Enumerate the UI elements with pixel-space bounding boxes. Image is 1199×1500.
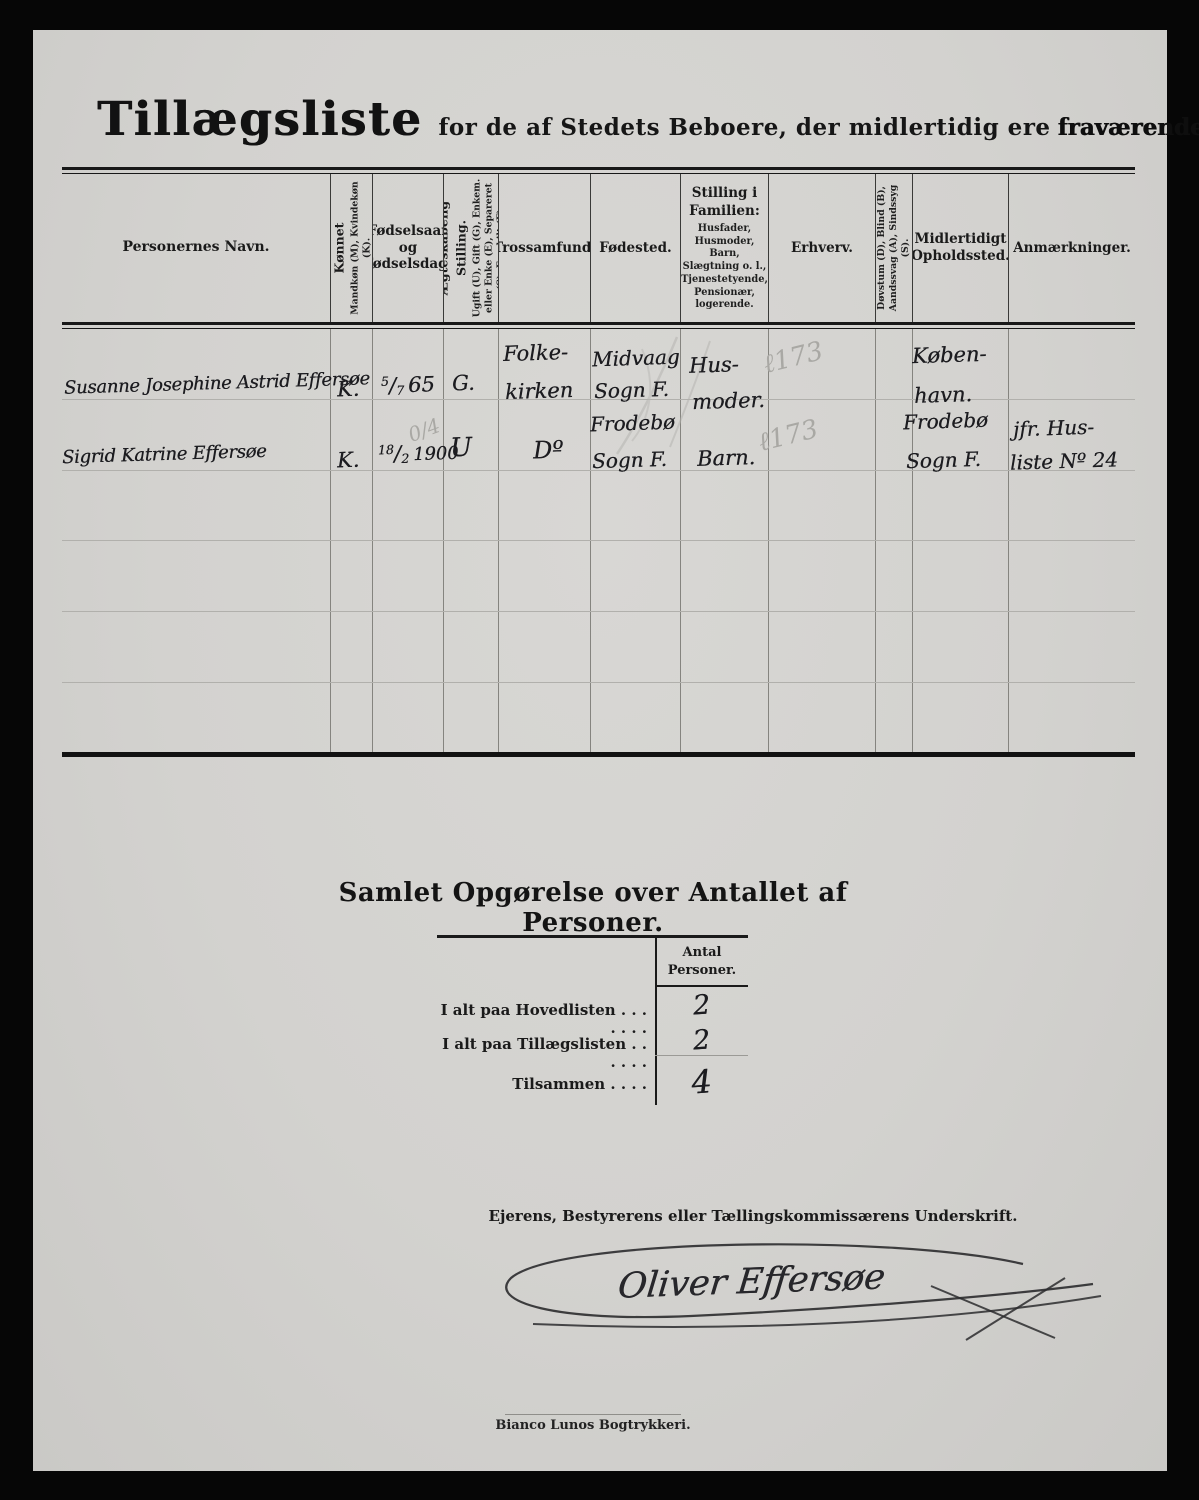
column-header-family-position: Stilling i Familien: Husfader, Husmoder,…	[680, 174, 768, 322]
summary-value-tilsammen: 4	[654, 1060, 749, 1104]
grid-hline	[62, 682, 1135, 683]
table-body: Susanne Josephine Astrid Effersøe K. 5/7…	[62, 329, 1135, 752]
cell-marital-row1: G.	[452, 373, 475, 395]
column-header-sex-sublabel: Mandkøn (M), Kvindekøn (K).	[349, 177, 372, 319]
column-header-family-position-block: Stilling i Familien: Husfader, Husmoder,…	[680, 184, 768, 312]
cell-occupation-row2-pencil: ℓ173	[755, 414, 821, 458]
column-header-marital-rotated: Ægteskabelig Stilling. Ugift (U), Gift (…	[443, 177, 498, 319]
column-header-sex: Kønnet Mandkøn (M), Kvindekøn (K).	[330, 174, 372, 322]
grid-hline	[62, 540, 1135, 541]
document-title-row: Tillægslistefor de af Stedets Beboere, d…	[97, 92, 1147, 147]
column-header-religion-label: Trossamfund.	[498, 240, 590, 257]
signature-area: Oliver Effersøe	[463, 1228, 1103, 1346]
page-subtitle-emphasis: fraværende.	[1058, 114, 1199, 141]
cell-birthplace-row1-line1: Midvaag	[592, 347, 680, 370]
column-header-disabilities-rotated: Døvstum (D), Blind (B), Aandssvag (A), S…	[876, 177, 912, 319]
column-header-occupation-label: Erhverv.	[791, 240, 853, 257]
cell-occupation-row1-pencil: ℓ173	[760, 336, 826, 380]
column-header-name-label: Personernes Navn.	[122, 239, 269, 257]
column-header-family-position-label: Stilling i Familien:	[689, 185, 760, 219]
cell-name-row1: Susanne Josephine Astrid Effersøe	[64, 370, 370, 398]
column-header-marital-sublabel: Ugift (U), Gift (G), Enkem. eller Enke (…	[471, 177, 498, 319]
signature-label: Ejerens, Bestyrerens eller Tællingskommi…	[413, 1207, 1093, 1225]
printer-imprint: Bianco Lunos Bogtrykkeri.	[470, 1418, 716, 1433]
column-header-birthdate-label: Fødselsaar og Fødselsdag.	[372, 223, 443, 274]
cell-residence-row2-line1: Frodebø	[903, 410, 989, 433]
cell-birthplace-row2-line1: Frodebø	[590, 412, 676, 435]
summary-table: Antal Personer. I alt paa Hovedlisten . …	[437, 935, 748, 1107]
column-header-occupation: Erhverv.	[768, 174, 875, 322]
column-header-sex-label: Kønnet	[331, 223, 346, 274]
cell-birthplace-row1-line2: Sogn F.	[594, 379, 669, 401]
summary-value-hovedlisten: 2	[654, 987, 749, 1024]
footer-rule	[505, 1414, 681, 1415]
page-title: Tillægsliste	[97, 92, 422, 147]
grid-hline	[62, 611, 1135, 612]
page-subtitle: for de af Stedets Beboere, der midlertid…	[438, 114, 1050, 141]
cell-residence-row1-line1: Køben-	[912, 344, 987, 367]
cell-sex-row2: K.	[337, 450, 360, 472]
column-header-marital: Ægteskabelig Stilling. Ugift (U), Gift (…	[443, 174, 498, 322]
summary-label-tillaegslisten: I alt paa Tillægslisten . . . . . .	[437, 1035, 647, 1071]
cell-family-row1-line1: Hus-	[689, 354, 739, 377]
cell-birthplace-row2-line2: Sogn F.	[592, 449, 667, 471]
cell-religion-row1-line2: kirken	[505, 380, 574, 403]
cell-remarks-row2-line2: liste Nº 24	[1010, 449, 1119, 472]
summary-top-rule	[437, 935, 748, 940]
table-top-rule	[62, 167, 1135, 174]
cell-religion-row1-line1: Folke-	[503, 342, 569, 365]
table-header-bottom-rule	[62, 322, 1135, 329]
column-header-remarks: Anmærkninger.	[1008, 174, 1135, 322]
birth-year-row1: 65	[408, 372, 435, 397]
census-table: Personernes Navn. Kønnet Mandkøn (M), Kv…	[62, 167, 1135, 757]
column-header-temporary-residence-label: Midlertidigt Opholdssted.	[912, 231, 1008, 265]
cell-name-row2: Sigrid Katrine Effersøe	[62, 443, 267, 467]
column-header-birthplace: Fødested.	[590, 174, 680, 322]
table-header-row: Personernes Navn. Kønnet Mandkøn (M), Kv…	[62, 174, 1135, 322]
document-page: Tillægslistefor de af Stedets Beboere, d…	[33, 30, 1167, 1471]
column-header-sex-rotated: Kønnet Mandkøn (M), Kvindekøn (K).	[330, 177, 372, 319]
column-header-remarks-label: Anmærkninger.	[1013, 240, 1131, 257]
cell-residence-row2-line2: Sogn F.	[906, 449, 981, 471]
table-bottom-rule	[62, 752, 1135, 757]
cell-family-row2: Barn.	[697, 447, 756, 470]
birth-month-row2: 2	[401, 451, 409, 466]
cell-religion-row2: Dº	[533, 438, 564, 463]
summary-value-tillaegslisten: 2	[654, 1022, 749, 1059]
cell-marital-row2: U	[450, 435, 473, 462]
column-header-marital-label: Ægteskabelig Stilling.	[443, 201, 468, 295]
cell-sex-row1: K.	[337, 379, 360, 401]
summary-title: Samlet Opgørelse over Antallet af Person…	[273, 878, 913, 938]
column-header-disabilities: Døvstum (D), Blind (B), Aandssvag (A), S…	[875, 174, 912, 322]
cell-birthdate-row1: 5/765	[381, 374, 436, 398]
scanned-census-form: { "header": { "title": "Tillægsliste", "…	[0, 0, 1199, 1500]
column-header-name: Personernes Navn.	[62, 174, 330, 322]
cell-remarks-row2-line1: jfr. Hus-	[1013, 417, 1095, 440]
birth-day-row2: 18	[378, 442, 394, 457]
cell-family-row1-line2: moder.	[692, 390, 765, 413]
column-header-disabilities-label: Døvstum (D), Blind (B), Aandssvag (A), S…	[876, 177, 912, 319]
summary-label-hovedlisten: I alt paa Hovedlisten . . . . . . .	[437, 1001, 647, 1037]
birth-month-row1: 7	[396, 383, 404, 398]
cell-birthdate-row2: 18/21900	[378, 442, 459, 467]
summary-label-tilsammen: Tilsammen . . . .	[437, 1075, 647, 1093]
column-header-temporary-residence: Midlertidigt Opholdssted.	[912, 174, 1008, 322]
summary-column-header: Antal Personer.	[657, 944, 747, 980]
column-header-religion: Trossamfund.	[498, 174, 590, 322]
column-header-birthdate: Fødselsaar og Fødselsdag.	[372, 174, 443, 322]
column-header-family-position-sublabel: Husfader, Husmoder, Barn, Slægtning o. l…	[681, 223, 768, 312]
column-header-birthplace-label: Fødested.	[599, 240, 671, 257]
cell-residence-row1-line2: havn.	[914, 384, 973, 407]
